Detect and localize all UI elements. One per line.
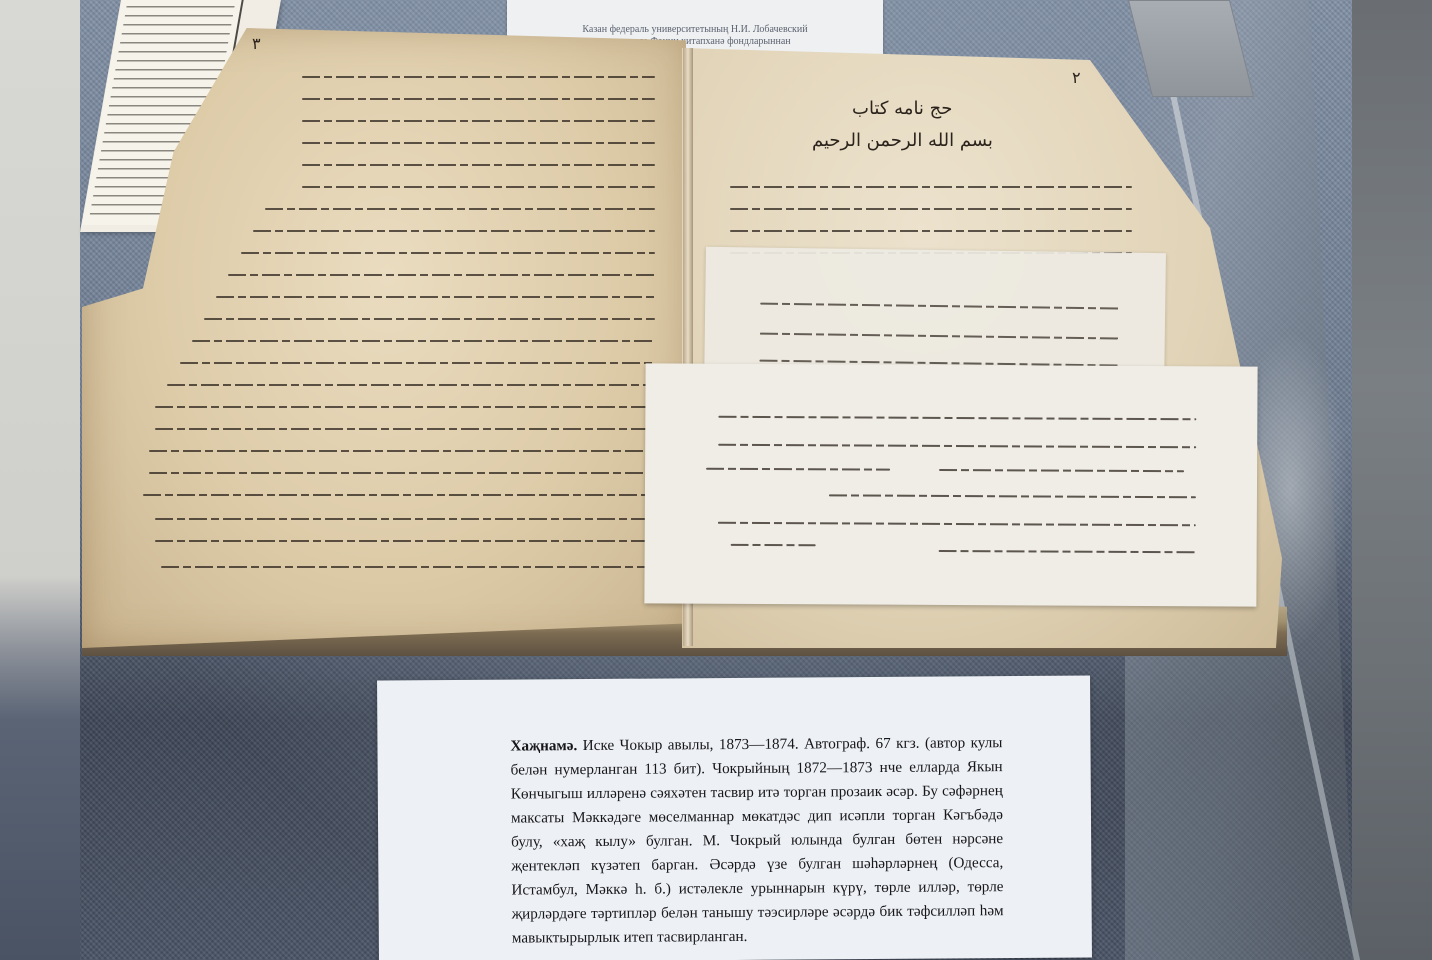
case-right-wall (1352, 0, 1432, 960)
left-page-number: ٣ (252, 34, 261, 54)
display-case-scene: Казан федераль университетының Н.И. Лоба… (0, 0, 1432, 960)
manuscript-insert-sheet-2 (644, 363, 1257, 606)
manuscript-basmala: بسم الله الرحمن الرحيم (812, 130, 993, 151)
case-left-wall (0, 0, 80, 960)
caption-text: Хаҗнамә. Иске Чокыр авылы, 1873—1874. Ав… (510, 731, 1003, 950)
caption-title: Хаҗнамә. (510, 737, 577, 754)
manuscript-title: حج نامه كتاب (852, 98, 952, 119)
exhibit-caption-card: Хаҗнамә. Иске Чокыр авылы, 1873—1874. Ав… (377, 676, 1092, 960)
caption-body: Иске Чокыр авылы, 1873—1874. Автограф. 6… (511, 734, 1004, 946)
right-page-number: ٢ (1072, 68, 1081, 88)
top-label-line1: Казан федераль университетының Н.И. Лоба… (507, 0, 883, 36)
